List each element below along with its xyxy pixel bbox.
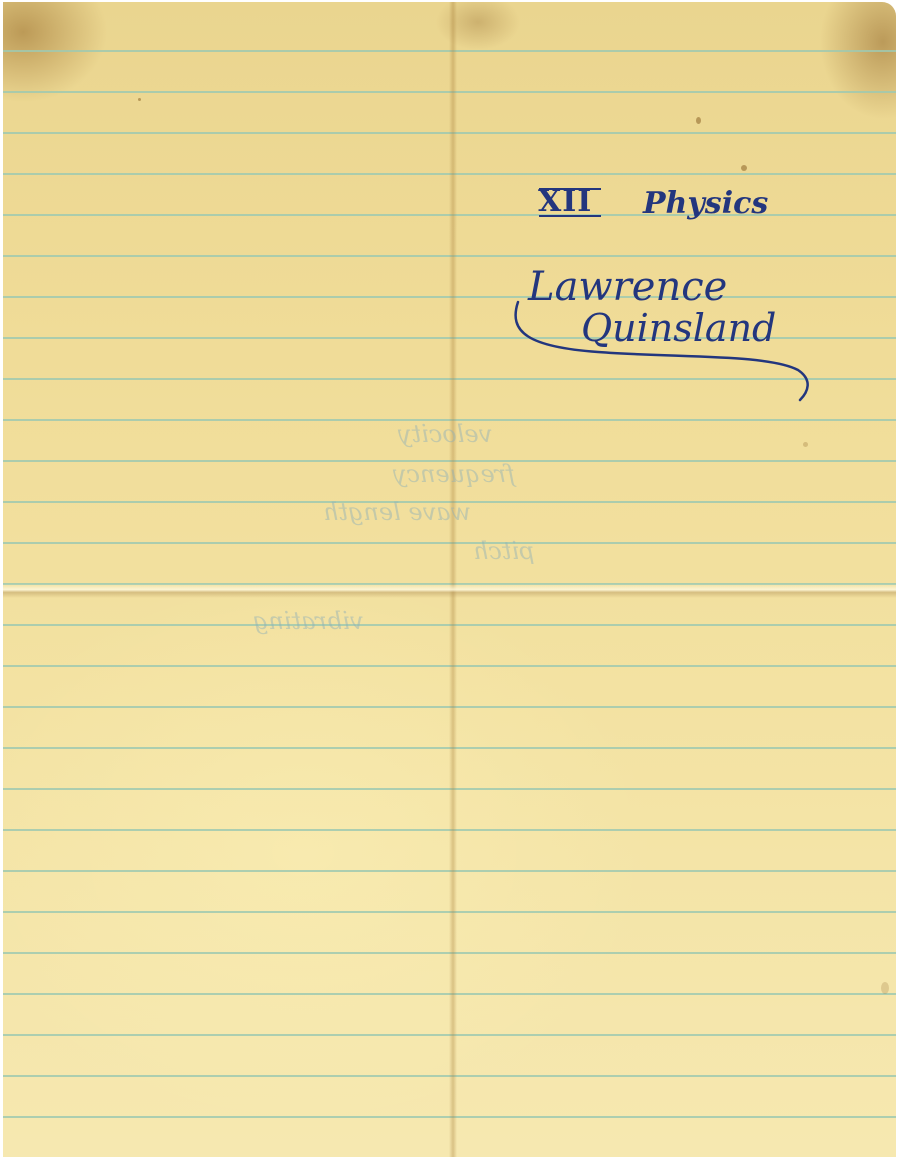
signature-flourish (508, 292, 818, 407)
stain-spot (881, 982, 889, 994)
paper-sheet: velocity frequency wave length pitch vib… (3, 2, 896, 1157)
bleed-through-text: pitch (473, 537, 535, 565)
bleed-through-text: wave length (323, 498, 471, 526)
bleed-through-text: velocity (398, 420, 492, 448)
vertical-fold-crease (449, 2, 457, 1157)
horizontal-fold-crease (3, 584, 896, 598)
bleed-through-text: vibrating (253, 607, 364, 635)
subject-label: Physics (643, 186, 768, 221)
bleed-through-text: frequency (393, 460, 515, 488)
class-label-underline (539, 215, 601, 217)
stain-spot (741, 165, 747, 171)
stain-spot (803, 442, 808, 447)
stain-spot (696, 117, 701, 124)
class-label-overline (539, 188, 601, 190)
stain-spot (138, 98, 141, 101)
